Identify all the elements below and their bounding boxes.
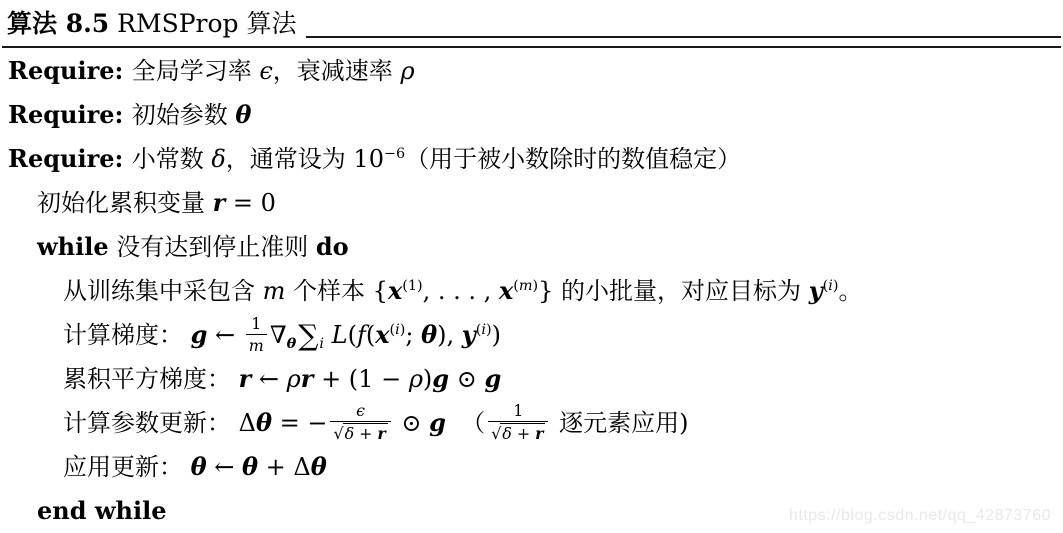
math-vector-run: θ (235, 100, 251, 129)
supscript-run: (i) (390, 323, 406, 337)
text-run: ← (251, 365, 286, 393)
fraction-numerator: ϵ (353, 401, 368, 421)
math-vector-run: θ (256, 408, 272, 437)
keyword-run: Require: (8, 56, 132, 85)
math-vector-run: θ (242, 452, 258, 481)
math-vector-run: θ (311, 452, 327, 481)
math-vector-run: x (388, 276, 402, 305)
keyword-run: Require: (8, 144, 132, 173)
math-vector-run: r (213, 188, 226, 217)
text-run: ，通常设为 10 (226, 145, 384, 173)
text-run: ⊙ (449, 365, 484, 393)
radicand: δ + r (500, 423, 545, 444)
text-run: ，衰减速率 (273, 57, 401, 85)
math-run: δ (345, 424, 355, 443)
text-run: （ (446, 409, 485, 437)
watermark: https://blog.csdn.net/qq_42873760 (789, 507, 1051, 525)
title-rule (306, 36, 1061, 38)
text-run: ← (207, 453, 242, 481)
text-run: ; (405, 321, 421, 349)
fraction-denominator: m (246, 334, 267, 356)
math-run: m (249, 336, 264, 356)
text-run: ⊙ (394, 409, 429, 437)
supscript-run: (1) (402, 279, 422, 293)
supscript-run: (m) (513, 279, 538, 293)
math-vector-run: r (301, 364, 314, 393)
text-run: ( (366, 321, 375, 349)
math-vector-run: r (535, 424, 543, 443)
math-vector-run: g (432, 364, 449, 393)
fraction-denominator: √δ + r (488, 421, 548, 444)
algo-line-8: 计算参数更新： Δθ = −ϵ√δ + r ⊙ g （1√δ + r 逐元素应用… (2, 401, 1061, 445)
text-run: } 的小批量，对应目标为 (538, 277, 809, 305)
math-run: ρ (400, 57, 414, 85)
text-run: （用于被小数除时的数值稳定） (405, 145, 741, 173)
text-run: 没有达到停止准则 (109, 233, 316, 261)
text-run: + (1 − (313, 365, 408, 393)
algo-line-2: Require: 小常数 δ，通常设为 10−6（用于被小数除时的数值稳定） (2, 137, 1061, 181)
algo-line-1: Require: 初始参数 θ (2, 93, 1061, 137)
algorithm-number: 算法 8.5 (7, 4, 109, 40)
text-run: 计算参数更新： Δ (63, 409, 256, 437)
text-run: 逐元素应用) (551, 409, 688, 437)
keyword-run: Require: (8, 100, 132, 129)
math-run: ϵ (356, 401, 365, 420)
text-run: ) (423, 365, 432, 393)
math-vector-run: r (377, 424, 385, 443)
text-run: + (512, 424, 535, 443)
supscript-run: −6 (384, 147, 405, 161)
math-vector-run: y (462, 320, 476, 349)
subscript-run: θ (287, 337, 297, 351)
keyword-run: do (316, 232, 349, 261)
text-run: = − (272, 409, 327, 437)
fraction: 1m (246, 314, 267, 356)
text-run: 初始化累积变量 (37, 189, 213, 217)
text-run: ∇ (270, 321, 287, 349)
math-run: ρ (409, 365, 423, 393)
fraction-numerator: 1 (510, 401, 526, 421)
text-run: 个样本 { (285, 277, 388, 305)
math-vector-run: θ (421, 320, 437, 349)
algo-line-7: 累积平方梯度： r ← ρr + (1 − ρ)g ⊙ g (2, 357, 1061, 401)
text-run: ( (348, 321, 357, 349)
algo-line-0: Require: 全局学习率 ϵ，衰减速率 ρ (2, 49, 1061, 93)
text-run (324, 321, 332, 349)
text-run: + (354, 424, 377, 443)
algo-line-6: 计算梯度： g ← 1m∇θ∑i L(f(x(i); θ), y(i)) (2, 313, 1061, 357)
text-run: = 0 (225, 189, 276, 217)
text-run: 。 (839, 277, 863, 305)
math-vector-run: θ (191, 452, 207, 481)
math-run: ρ (287, 365, 301, 393)
text-run: 小常数 (132, 145, 212, 173)
fraction-numerator: 1 (248, 314, 264, 334)
square-root: √δ + r (333, 423, 387, 444)
algorithm-title: 算法 8.5 RMSProp 算法 (2, 4, 1061, 40)
math-vector-run: θ (287, 335, 297, 352)
text-run: 全局学习率 (132, 57, 260, 85)
algorithm-name: RMSProp 算法 (109, 4, 296, 40)
text-run: 累积平方梯度： (63, 365, 239, 393)
supscript-run: (i) (823, 279, 839, 293)
math-vector-run: x (375, 320, 389, 349)
fraction: 1√δ + r (488, 401, 548, 444)
text-run: + Δ (258, 453, 311, 481)
math-run: ϵ (259, 57, 272, 85)
algo-line-9: 应用更新： θ ← θ + Δθ (2, 445, 1061, 489)
radicand: δ + r (343, 423, 388, 444)
text-run: ← (207, 321, 242, 349)
text-run: −6 (384, 146, 405, 162)
keyword-run: while (37, 232, 109, 261)
supscript-run: (i) (476, 323, 492, 337)
math-run: L (332, 321, 348, 349)
math-vector-run: x (499, 276, 513, 305)
text-run: 1 (513, 401, 523, 420)
math-run: δ (211, 145, 225, 173)
summation-symbol: ∑ (298, 319, 318, 352)
text-run: ), (437, 321, 462, 349)
math-run: m (519, 278, 533, 294)
text-run: 计算梯度： (63, 321, 191, 349)
algorithm-body: Require: 全局学习率 ϵ，衰减速率 ρRequire: 初始参数 θRe… (2, 48, 1061, 533)
algo-line-5: 从训练集中采包含 m 个样本 {x(1), . . . , x(m)} 的小批量… (2, 269, 1061, 313)
square-root: √δ + r (491, 423, 545, 444)
algo-line-3: 初始化累积变量 r = 0 (2, 181, 1061, 225)
keyword-run: end while (37, 496, 166, 525)
math-run: δ (502, 424, 512, 443)
text-run: , . . . , (423, 277, 499, 305)
math-vector-run: g (429, 408, 446, 437)
text-run: 初始参数 (132, 101, 236, 129)
math-run: f (357, 321, 366, 349)
text-run: 1 (251, 314, 261, 333)
math-vector-run: g (484, 364, 501, 393)
text-run: 从训练集中采包含 (63, 277, 263, 305)
text-run: 应用更新： (63, 453, 191, 481)
fraction-denominator: √δ + r (330, 421, 390, 444)
text-run: (1) (402, 278, 422, 294)
algo-line-4: while 没有达到停止准则 do (2, 225, 1061, 269)
text-run: ) (492, 321, 501, 349)
algorithm-page: 算法 8.5 RMSProp 算法 Require: 全局学习率 ϵ，衰减速率 … (0, 0, 1063, 533)
math-vector-run: r (239, 364, 252, 393)
math-run: m (263, 277, 286, 305)
math-vector-run: y (809, 276, 823, 305)
math-vector-run: g (191, 320, 208, 349)
fraction: ϵ√δ + r (330, 401, 390, 444)
